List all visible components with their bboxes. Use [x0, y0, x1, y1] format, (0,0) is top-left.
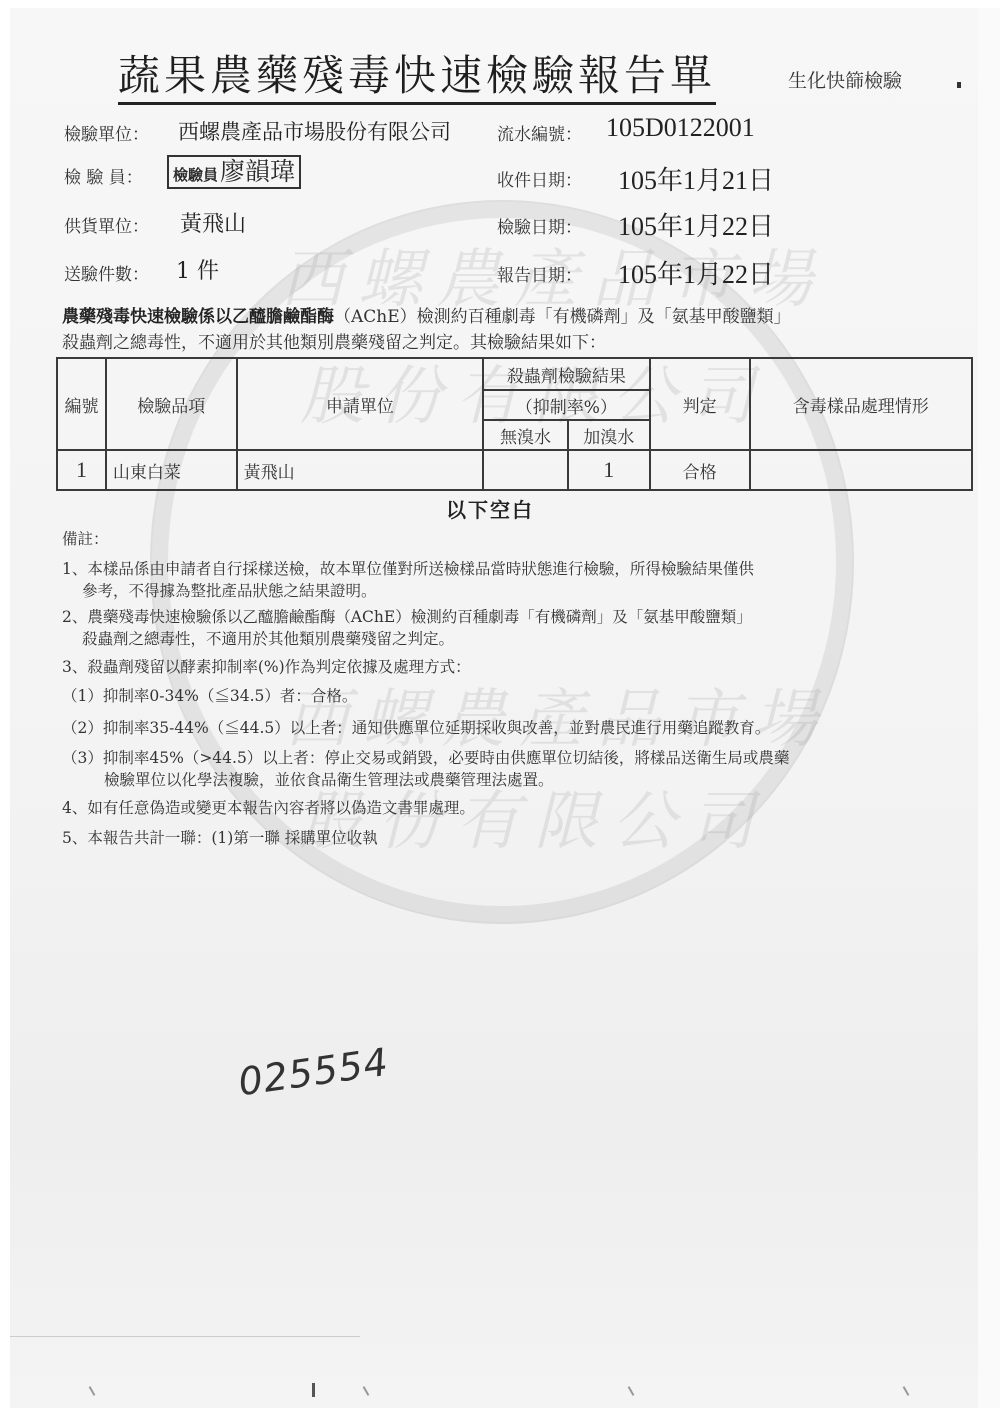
scan-artifact-mark — [312, 1383, 315, 1397]
inspector-name: 廖韻瑋 — [220, 157, 295, 187]
scan-artifact-line — [10, 1336, 360, 1337]
supplier-value: 黃飛山 — [180, 207, 246, 238]
header-applicant: 申請單位 — [237, 358, 483, 450]
report-date-label: 報告日期： — [497, 261, 582, 286]
inspection-unit-label: 檢驗單位： — [64, 120, 149, 145]
cell-item: 山東白菜 — [106, 450, 237, 490]
header-result-group: 殺蟲劑檢驗結果 — [483, 358, 650, 390]
received-date-value: 105年1月21日 — [618, 160, 774, 197]
sample-count-value: 1 件 — [176, 254, 219, 285]
note-4: 4、如有任意偽造或變更本報告內容者將以偽造文書罪處理。 — [62, 796, 475, 818]
cell-no: 1 — [57, 450, 106, 490]
note-3-3-line-2: 檢驗單位以化學法複驗，並依食品衛生管理法或農藥管理法處置。 — [104, 768, 554, 790]
report-title: 蔬果農藥殘毒快速檢驗報告單 — [118, 52, 716, 105]
intro-line-1: 農藥殘毒快速檢驗係以乙醯膽鹼酯酶（AChE）檢測約百種劇毒「有機磷劑」及「氨基甲… — [62, 302, 791, 327]
note-3: 3、殺蟲劑殘留以酵素抑制率(%)作為判定依據及處理方式： — [62, 655, 471, 677]
received-date-label: 收件日期： — [497, 166, 582, 191]
cell-handling — [750, 450, 973, 490]
serial-number-value: 105D0122001 — [606, 113, 755, 143]
serial-number-label: 流水編號： — [497, 120, 582, 145]
cell-no-bromine — [483, 450, 568, 490]
note-2-line-2: 殺蟲劑之總毒性，不適用於其他類別農藥殘留之判定。 — [82, 627, 454, 649]
test-date-value: 105年1月22日 — [618, 206, 774, 243]
supplier-label: 供貨單位： — [64, 212, 149, 237]
intro-bold: 農藥殘毒快速檢驗係以乙醯膽鹼酯酶 — [62, 307, 334, 327]
header-no: 編號 — [57, 358, 106, 450]
test-date-label: 檢驗日期： — [497, 213, 582, 238]
note-1-line-2: 參考，不得據為整批產品狀態之結果證明。 — [82, 579, 377, 601]
note-2-line-1: 2、農藥殘毒快速檢驗係以乙醯膽鹼酯酶（AChE）檢測約百種劇毒「有機磷劑」及「氨… — [62, 605, 752, 627]
intro-line-1-rest: （AChE）檢測約百種劇毒「有機磷劑」及「氨基甲酸鹽類」 — [334, 307, 791, 327]
note-1-line-1: 1、本樣品係由申請者自行採樣送檢，故本單位僅對所送檢樣品當時狀態進行檢驗，所得檢… — [62, 557, 754, 579]
results-table: 編號 檢驗品項 申請單位 殺蟲劑檢驗結果 判定 含毒樣品處理情形 （抑制率%） … — [56, 357, 973, 491]
paper-sheet — [10, 8, 982, 1408]
cell-with-bromine: 1 — [568, 450, 650, 490]
sample-count-label: 送驗件數： — [64, 260, 149, 285]
inspector-stamp: 檢驗員 廖韻瑋 — [167, 155, 301, 189]
inspector-stamp-prefix: 檢驗員 — [173, 160, 218, 190]
paper-edge — [978, 8, 1000, 1408]
inspection-unit-value: 西螺農產品市場股份有限公司 — [178, 116, 451, 146]
scan-mark — [957, 82, 961, 88]
header-item: 檢驗品項 — [106, 358, 237, 450]
note-3-1: （1）抑制率0-34%（≦34.5）者：合格。 — [62, 684, 357, 706]
table-row: 1 山東白菜 黃飛山 1 合格 — [57, 450, 972, 490]
note-3-3-line-1: （3）抑制率45%（>44.5）以上者：停止交易或銷毀，必要時由供應單位切結後，… — [62, 746, 789, 768]
report-subtitle: 生化快篩檢驗 — [788, 66, 902, 93]
header-with-bromine: 加溴水 — [568, 420, 650, 450]
blank-below-marker: 以下空白 — [446, 494, 534, 523]
inspector-label: 檢 驗 員： — [64, 163, 143, 188]
header-handling: 含毒樣品處理情形 — [750, 358, 973, 450]
header-no-bromine: 無溴水 — [483, 420, 568, 450]
header-judgement: 判定 — [650, 358, 750, 450]
notes-heading: 備註： — [62, 527, 109, 549]
intro-line-2: 殺蟲劑之總毒性，不適用於其他類別農藥殘留之判定。其檢驗結果如下： — [62, 328, 606, 353]
note-3-2: （2）抑制率35-44%（≦44.5）以上者：通知供應單位延期採收與改善，並對農… — [62, 716, 770, 738]
note-5: 5、本報告共計一聯：(1)第一聯 採購單位收執 — [62, 826, 378, 848]
report-date-value: 105年1月22日 — [618, 254, 774, 291]
cell-applicant: 黃飛山 — [237, 450, 483, 490]
cell-judgement: 合格 — [650, 450, 750, 490]
header-result-unit: （抑制率%） — [483, 390, 650, 420]
